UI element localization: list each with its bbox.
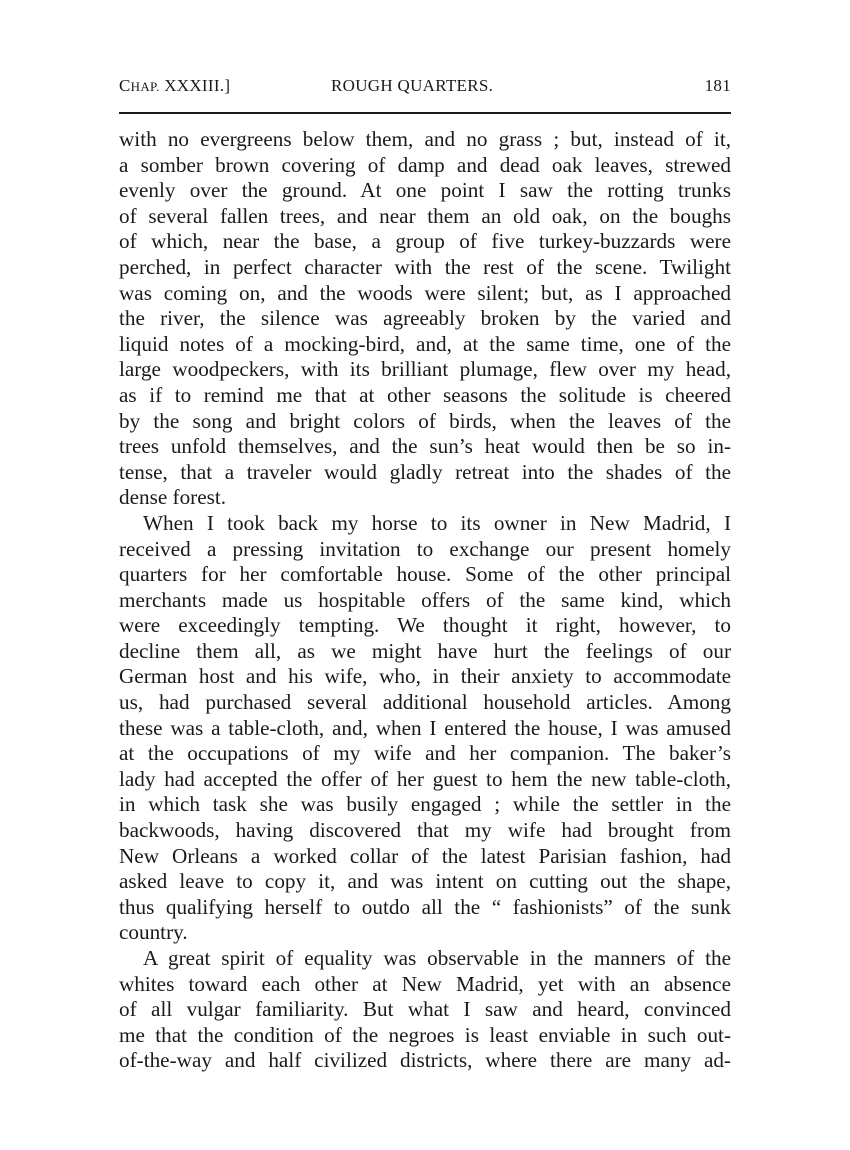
text-line: evenly over the ground. At one point I s… xyxy=(119,178,731,204)
text-line: liquid notes of a mocking-bird, and, at … xyxy=(119,332,731,358)
text-line: us, had purchased several additional hou… xyxy=(119,690,731,716)
chapter-prefix: C xyxy=(119,76,131,95)
text-line: by the song and bright colors of birds, … xyxy=(119,409,731,435)
text-line: of which, near the base, a group of five… xyxy=(119,229,731,255)
text-line: of several fallen trees, and near them a… xyxy=(119,204,731,230)
text-line: with no evergreens below them, and no gr… xyxy=(119,127,731,153)
text-line: quarters for her comfortable house. Some… xyxy=(119,562,731,588)
text-line: at the occupations of my wife and her co… xyxy=(119,741,731,767)
paragraph: with no evergreens below them, and no gr… xyxy=(119,127,731,511)
text-line: When I took back my horse to its owner i… xyxy=(119,511,731,537)
header-rule xyxy=(119,112,731,114)
paragraph: A great spirit of equality was observabl… xyxy=(119,946,731,1074)
text-line: tense, that a traveler would gladly retr… xyxy=(119,460,731,486)
text-line: was coming on, and the woods were silent… xyxy=(119,281,731,307)
text-line: received a pressing invitation to exchan… xyxy=(119,537,731,563)
text-line: trees unfold themselves, and the sun’s h… xyxy=(119,434,731,460)
chapter-label: CHAP. XXXIII.] xyxy=(119,76,230,96)
text-line: a somber brown covering of damp and dead… xyxy=(119,153,731,179)
text-line: of all vulgar familiarity. But what I sa… xyxy=(119,997,731,1023)
text-line: A great spirit of equality was observabl… xyxy=(119,946,731,972)
chapter-smallcaps: HAP. xyxy=(131,79,160,94)
text-line: thus qualifying herself to outdo all the… xyxy=(119,895,731,921)
text-line: were exceedingly tempting. We thought it… xyxy=(119,613,731,639)
text-line: these was a table-cloth, and, when I ent… xyxy=(119,716,731,742)
text-line: merchants made us hospitable offers of t… xyxy=(119,588,731,614)
chapter-title: ROUGH QUARTERS. xyxy=(331,76,493,96)
text-line: the river, the silence was agreeably bro… xyxy=(119,306,731,332)
text-line: perched, in perfect character with the r… xyxy=(119,255,731,281)
text-line: backwoods, having discovered that my wif… xyxy=(119,818,731,844)
text-line: as if to remind me that at other seasons… xyxy=(119,383,731,409)
text-line: large woodpeckers, with its brilliant pl… xyxy=(119,357,731,383)
text-line: New Orleans a worked collar of the lates… xyxy=(119,844,731,870)
text-line: dense forest. xyxy=(119,485,731,511)
text-line: lady had accepted the offer of her guest… xyxy=(119,767,731,793)
text-line: German host and his wife, who, in their … xyxy=(119,664,731,690)
page-number: 181 xyxy=(705,76,731,96)
running-head: CHAP. XXXIII.] ROUGH QUARTERS. 181 xyxy=(119,76,731,100)
chapter-number: XXXIII.] xyxy=(160,76,231,95)
text-line: whites toward each other at New Madrid, … xyxy=(119,972,731,998)
text-line: me that the condition of the negroes is … xyxy=(119,1023,731,1049)
body-text: with no evergreens below them, and no gr… xyxy=(119,127,731,1074)
paragraph: When I took back my horse to its owner i… xyxy=(119,511,731,946)
text-line: of-the-way and half civilized districts,… xyxy=(119,1048,731,1074)
text-line: decline them all, as we might have hurt … xyxy=(119,639,731,665)
text-line: country. xyxy=(119,920,731,946)
text-line: in which task she was busily engaged ; w… xyxy=(119,792,731,818)
text-line: asked leave to copy it, and was intent o… xyxy=(119,869,731,895)
